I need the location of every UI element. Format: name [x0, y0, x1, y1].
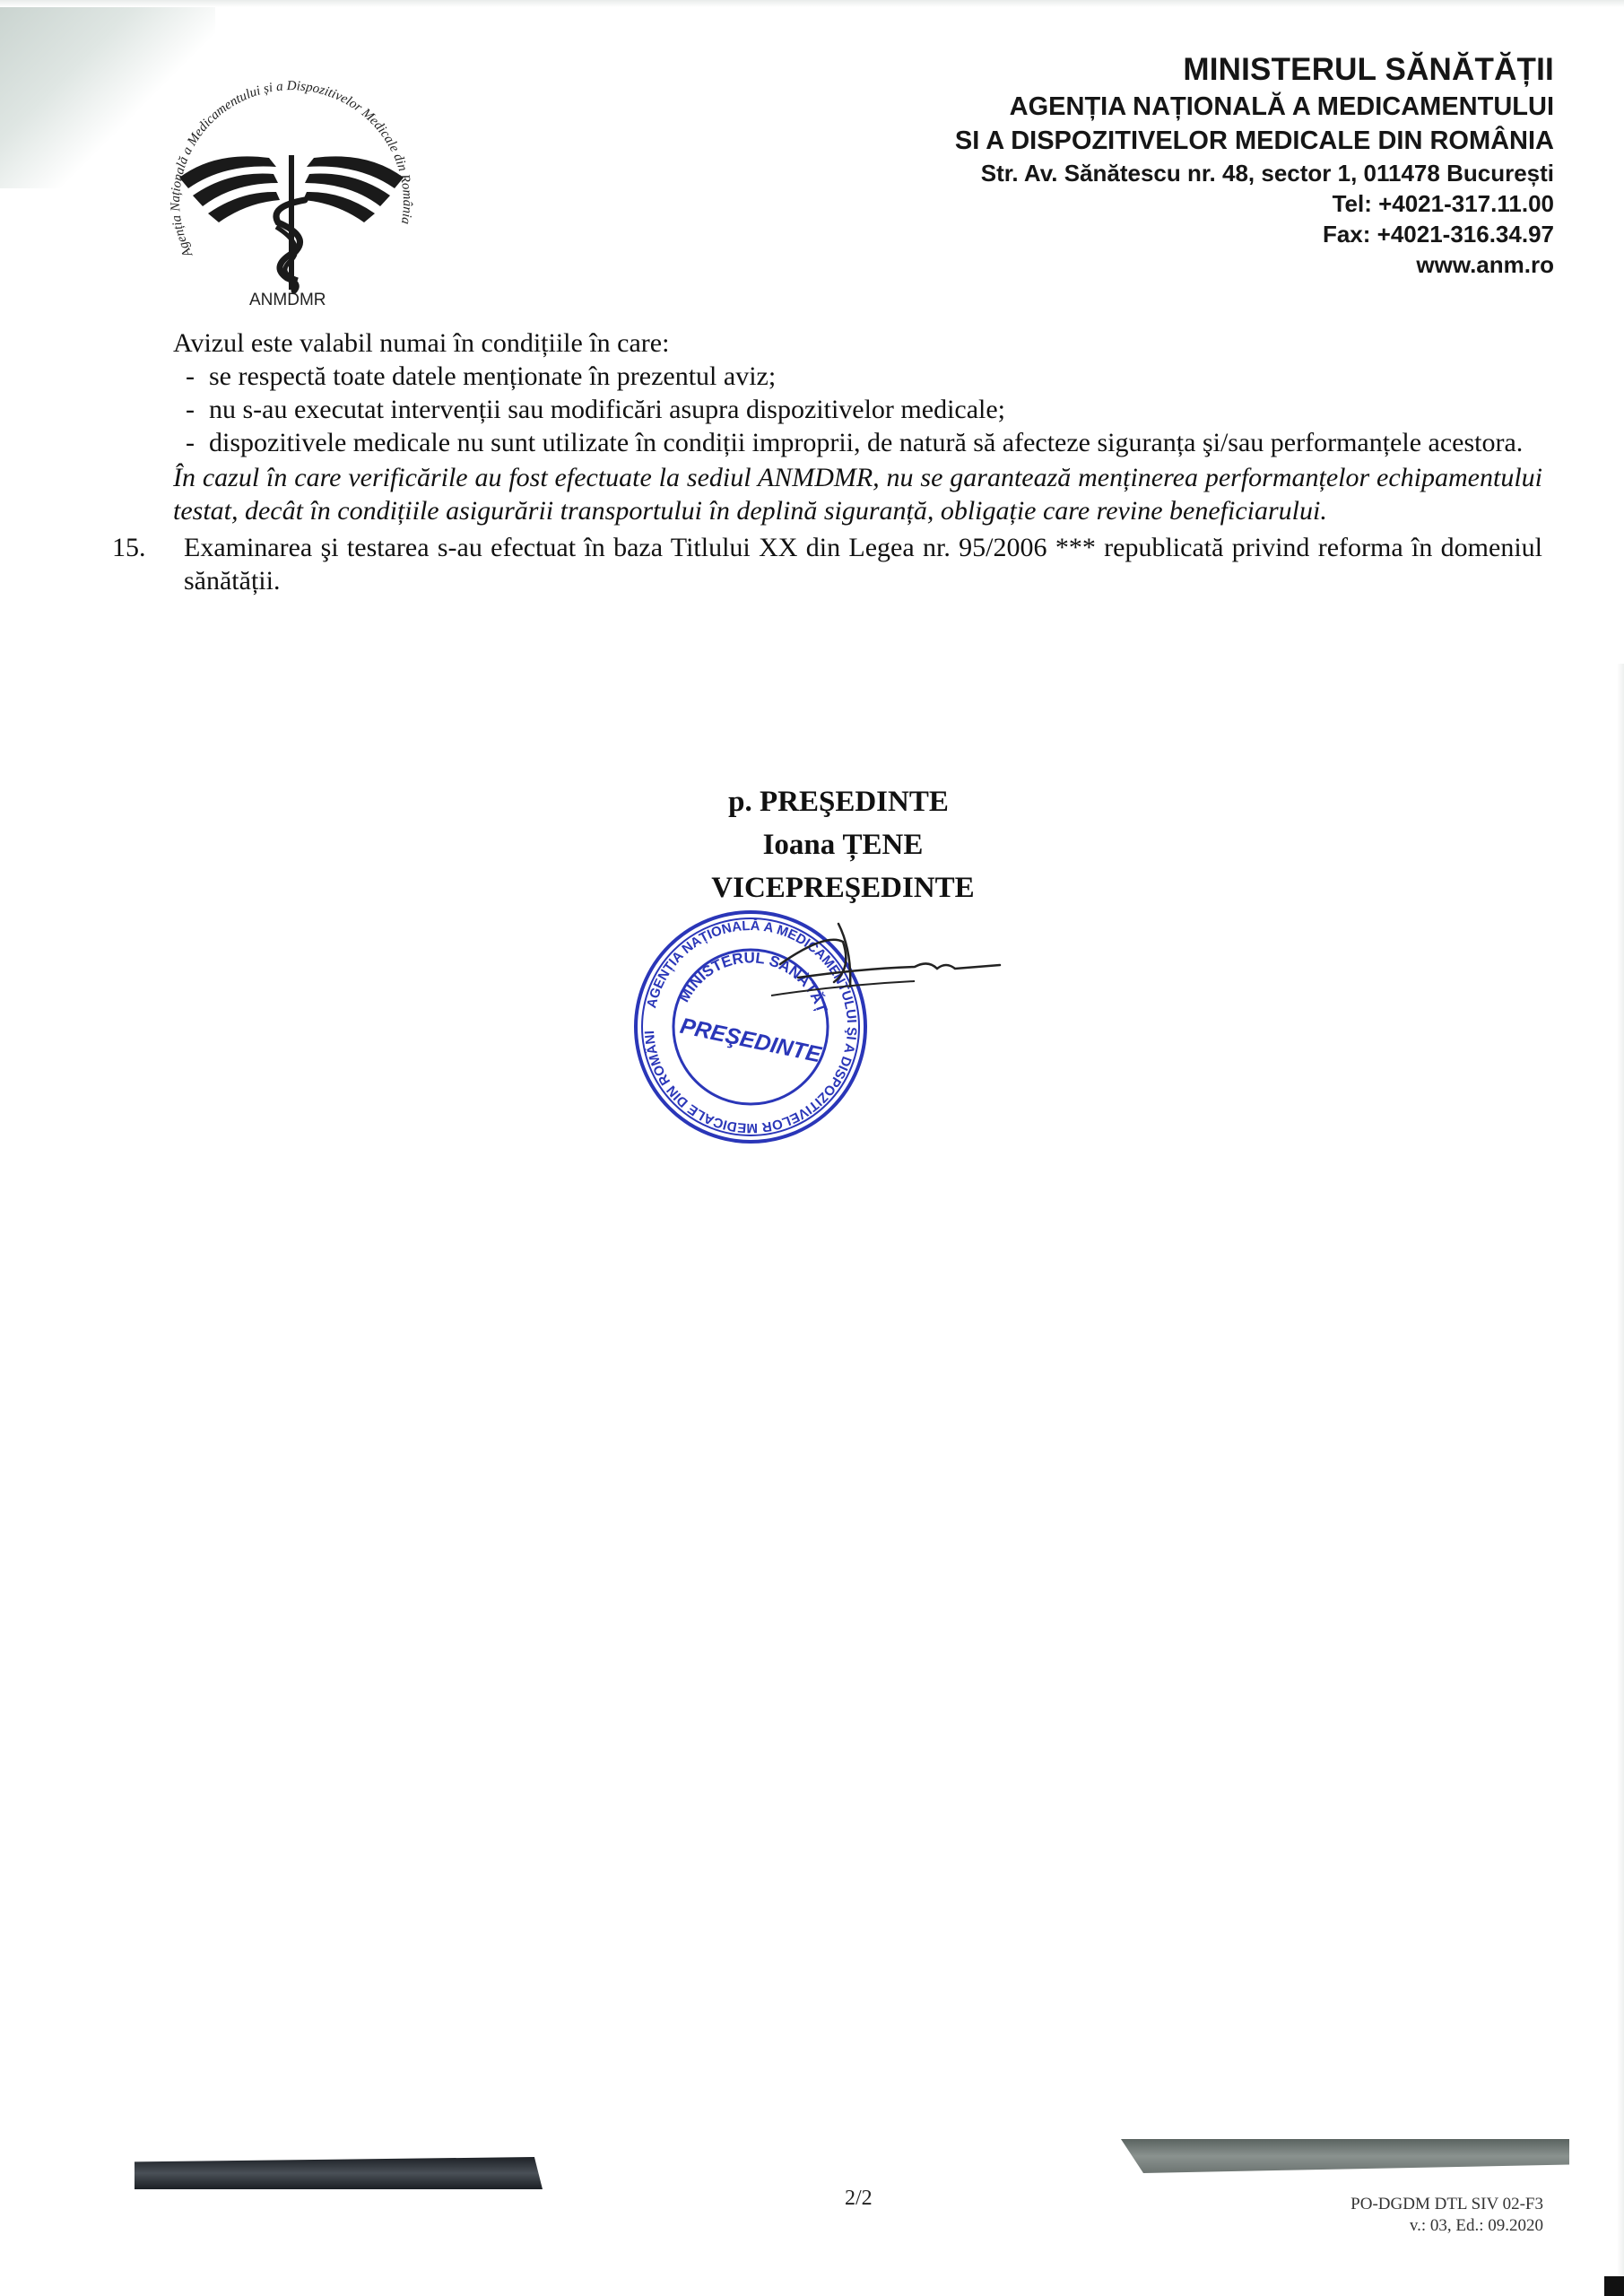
anmdmr-logo: Agenția Națională a Medicamentului și a … [143, 52, 439, 312]
fax: Fax: +4021-316.34.97 [955, 219, 1554, 249]
handwritten-signature [771, 915, 1004, 1004]
validity-intro: Avizul este valabil numai în condițiile … [173, 326, 1542, 360]
condition-text: dispozitivele medicale nu sunt utilizate… [209, 428, 1523, 457]
page-number: 2/2 [845, 2187, 873, 2211]
signatory-role: p. PREŞEDINTE [673, 780, 1004, 823]
signatory-title: VICEPREŞEDINTE [682, 866, 1004, 909]
scan-edge-mark [1604, 2276, 1624, 2296]
telephone: Tel: +4021-317.11.00 [955, 188, 1554, 219]
scan-bar-right [1121, 2139, 1569, 2173]
condition-item: -se respectă toate datele menționate în … [186, 360, 1542, 393]
caduceus-icon: Agenția Națională a Medicamentului și a … [143, 52, 439, 312]
scan-bar-left [135, 2157, 543, 2189]
signature-block: p. PREŞEDINTE Ioana ȚENE VICEPREŞEDINTE [682, 780, 1004, 909]
form-code: PO-DGDM DTL SIV 02-F3 [1350, 2194, 1543, 2215]
address: Str. Av. Sănătescu nr. 48, sector 1, 011… [955, 158, 1554, 188]
letterhead: MINISTERUL SĂNĂTĂȚII AGENȚIA NAȚIONALĂ A… [955, 50, 1554, 280]
ministry-name: MINISTERUL SĂNĂTĂȚII [955, 50, 1554, 90]
form-version: v.: 03, Ed.: 09.2020 [1350, 2215, 1543, 2237]
scan-right-edge [1617, 664, 1624, 2278]
website-link[interactable]: www.anm.ro [955, 249, 1554, 280]
svg-text:ANMDMR: ANMDMR [249, 291, 326, 309]
condition-item: -nu s-au executat intervenții sau modifi… [186, 393, 1542, 426]
item-text: Examinarea şi testarea s-au efectuat în … [184, 531, 1542, 597]
bullet-dash: - [186, 360, 209, 393]
condition-text: nu s-au executat intervenții sau modific… [209, 395, 1005, 424]
document-body: Avizul este valabil numai în condițiile … [112, 326, 1542, 597]
item-number: 15. [112, 531, 184, 597]
numbered-item-15: 15. Examinarea şi testarea s-au efectuat… [112, 531, 1542, 597]
scan-top-edge [0, 0, 1624, 7]
svg-text:PREŞEDINTE: PREŞEDINTE [678, 1013, 824, 1068]
transport-disclaimer: În cazul în care verificările au fost ef… [173, 461, 1542, 527]
condition-text: se respectă toate datele menționate în p… [209, 361, 776, 391]
agency-name-line2: SI A DISPOZITIVELOR MEDICALE DIN ROMÂNIA [955, 124, 1554, 158]
bullet-dash: - [186, 426, 209, 459]
agency-name-line1: AGENȚIA NAȚIONALĂ A MEDICAMENTULUI [955, 90, 1554, 124]
document-code: PO-DGDM DTL SIV 02-F3 v.: 03, Ed.: 09.20… [1350, 2194, 1543, 2237]
bullet-dash: - [186, 393, 209, 426]
signatory-name: Ioana ȚENE [682, 823, 1004, 866]
condition-item: -dispozitivele medicale nu sunt utilizat… [186, 426, 1542, 459]
